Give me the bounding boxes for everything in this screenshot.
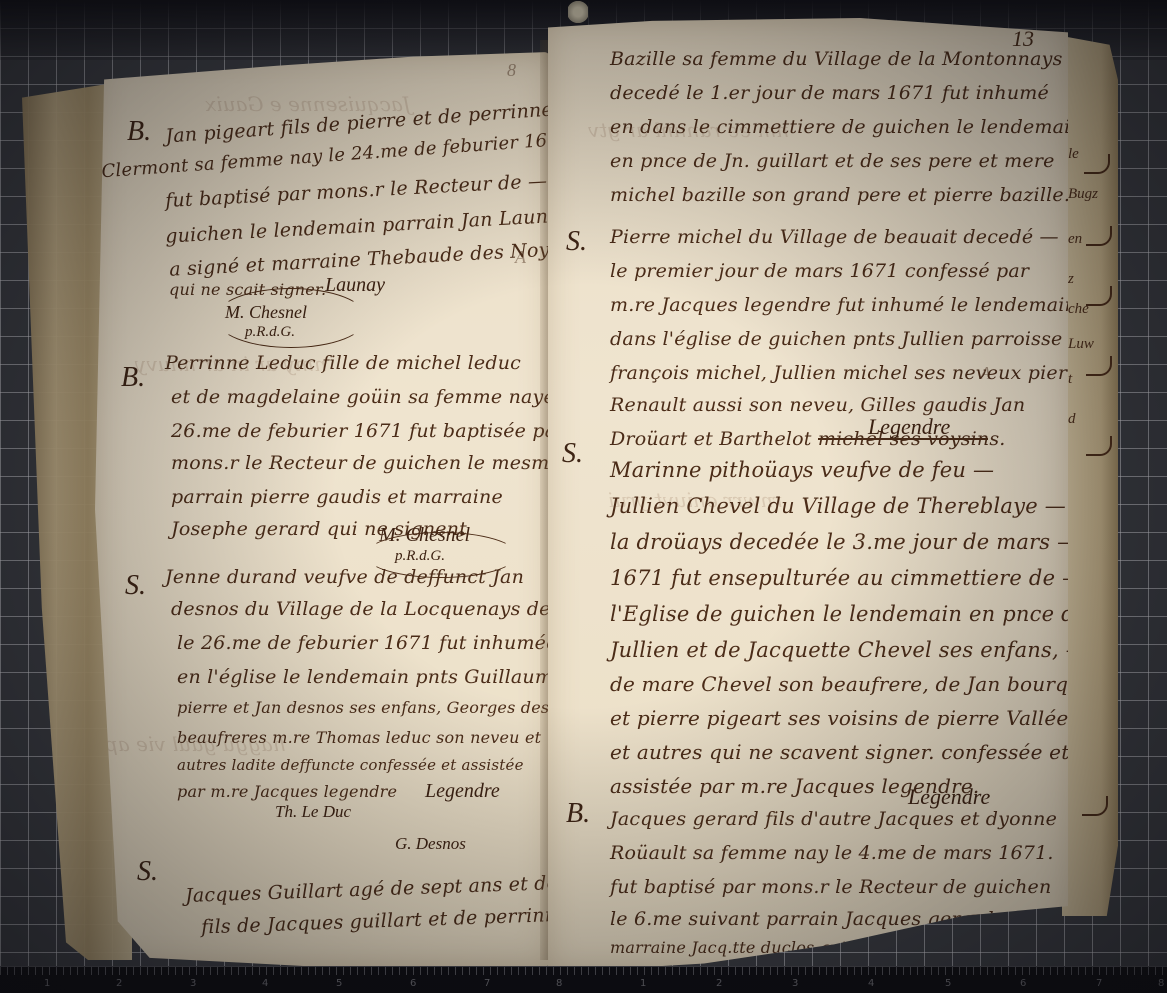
entry-line: Jenne durand veufve de deffunct Jan [165, 566, 524, 588]
entry-line: et autres qui ne scavent signer. confess… [610, 740, 1069, 764]
edge-fragment: z [1068, 271, 1074, 288]
entry-line: le 6.me suivant parrain Jacques gerard e… [610, 908, 1019, 930]
line-filler-squiggle [1086, 226, 1112, 246]
entry-line: beaufreres m.re Thomas leduc son neveu e… [177, 728, 541, 747]
entry-line: en pnce de Jn. guillart et de ses pere e… [610, 150, 1055, 172]
edge-fragment: Bugz [1068, 186, 1098, 203]
right-page: nm ee rannnl ar gtv rnwrr eniuvt yrui 13… [548, 18, 1068, 973]
ruler-number: 5 [336, 978, 342, 989]
entry-line: en l'église le lendemain pnts Guillaume [177, 666, 565, 688]
edge-fragment: d [1068, 411, 1076, 428]
edge-fragment: le [1068, 146, 1079, 163]
line-filler-squiggle [1086, 286, 1112, 306]
ruler-number: 4 [868, 978, 874, 989]
entry-line: autres ladite deffuncte confessée et ass… [177, 756, 524, 774]
ruler-number: 6 [410, 978, 416, 989]
signature: Legendre [425, 780, 500, 803]
entry-type-marker: B. [566, 798, 590, 830]
entry-line: le 26.me de feburier 1671 fut inhumée [177, 632, 558, 654]
entry-line: marraine Jacq.tte duclos qui ne signent [610, 938, 938, 957]
entry-line: 1671 fut ensepulturée au cimmettiere de … [610, 566, 1083, 590]
entry-line: fut baptisé par mons.r le Recteur de gui… [610, 876, 1051, 898]
entry-line: Roüault sa femme nay le 4.me de mars 167… [610, 842, 1054, 864]
entry-line: Jullien Chevel du Village de Thereblaye … [610, 494, 1066, 518]
ruler-number: 8 [1158, 978, 1164, 989]
ruler-number: 6 [1020, 978, 1026, 989]
entry-line: fut baptisé par mons.r le Recteur de — [165, 170, 548, 212]
entry-line: dans l'église de guichen pnts Jullien pa… [610, 328, 1088, 350]
signature: M. Chesnel [948, 916, 1030, 937]
entry-line: Jacques Guillart agé de sept ans et demy [185, 871, 588, 907]
signature: G. Desnos [395, 834, 466, 854]
entry-line: decedé le 1.er jour de mars 1671 fut inh… [610, 82, 1049, 104]
entry-type-marker: B. [121, 362, 145, 394]
entry-line: parrain pierre gaudis et marraine [171, 486, 503, 508]
entry-line: et de magdelaine goüin sa femme nayée le [171, 386, 590, 408]
edge-fragment: Luw [1068, 336, 1094, 353]
ruler-number: 3 [190, 978, 196, 989]
entry-line: l'Eglise de guichen le lendemain en pnce… [610, 602, 1115, 626]
line-filler-squiggle [1086, 436, 1112, 456]
entry-type-marker: B. [127, 116, 151, 148]
entry-line: fils de Jacques guillart et de perrinne [201, 904, 569, 939]
entry-line: Marinne pithoüays veufve de feu — [610, 458, 994, 482]
entry-line: Perrinne Leduc fille de michel leduc [165, 352, 521, 374]
entry-line: le premier jour de mars 1671 confessé pa… [610, 260, 1029, 282]
entry-line: Renault aussi son neveu, Gilles gaudis J… [610, 394, 1025, 416]
ruler-number: 1 [640, 978, 646, 989]
binding-cord [568, 0, 588, 24]
line-filler-squiggle [1082, 796, 1108, 816]
entry-type-marker: S. [137, 856, 158, 888]
folio-mark: 8 [507, 60, 516, 81]
entry-line: 26.me de feburier 1671 fut baptisée par [171, 420, 566, 442]
entry-line: Jullien et de Jacquette Chevel ses enfan… [610, 638, 1087, 662]
ruler-ticks [0, 967, 1167, 975]
ruler-number: 1 [44, 978, 50, 989]
ruler-number: 3 [792, 978, 798, 989]
measurement-ruler: 1 2 3 4 5 6 7 8 1 2 3 4 5 6 7 8 [0, 966, 1167, 993]
entry-type-marker: S. [125, 570, 146, 602]
entry-line: la droüays decedée le 3.me jour de mars … [610, 530, 1078, 554]
signature-underline [818, 438, 988, 440]
entry-line: Bazille sa femme du Village de la Monton… [610, 48, 1063, 70]
entry-line: par m.re Jacques legendre [177, 782, 397, 801]
line-filler-squiggle [1084, 154, 1110, 174]
signature: p.R.d.G. [960, 938, 1007, 954]
entry-type-marker: S. [562, 438, 583, 470]
edge-fragment: en [1068, 231, 1082, 248]
next-page-edge: le Bugz en z che Luw t d [1062, 36, 1118, 916]
ruler-number: 5 [945, 978, 951, 989]
entry-type-marker: S. [566, 226, 587, 258]
signature-flourish [215, 288, 367, 348]
edge-fragment: t [1068, 371, 1072, 388]
signature-flourish [926, 914, 1048, 966]
signature: Legendre [908, 784, 990, 810]
entry-line: et pierre pigeart ses voisins de pierre … [610, 706, 1068, 730]
signature: Legendre [868, 414, 950, 440]
ruler-number: 4 [262, 978, 268, 989]
ruler-number: 7 [484, 978, 490, 989]
ruler-number: 2 [716, 978, 722, 989]
entry-line: michel bazille son grand pere et pierre … [610, 184, 1070, 206]
entry-line: Pierre michel du Village de beauait dece… [610, 226, 1059, 248]
ruler-number: 7 [1096, 978, 1102, 989]
left-page: Jacquisenne e Gauix nmy ar in ar nnuvy h… [95, 52, 550, 967]
ruler-number: 2 [116, 978, 122, 989]
entry-line: m.re Jacques legendre fut inhumé le lend… [610, 294, 1077, 316]
entry-line: de mare Chevel son beaufrere, de Jan bou… [610, 672, 1105, 696]
entry-line: Jacques gerard fils d'autre Jacques et d… [610, 808, 1057, 830]
entry-line: en dans le cimmettiere de guichen le len… [610, 116, 1083, 138]
line-filler-squiggle [1086, 356, 1112, 376]
entry-line: françois michel, Jullien michel ses neve… [610, 362, 1088, 384]
signature: Th. Le Duc [275, 802, 351, 822]
ruler-number: 8 [556, 978, 562, 989]
